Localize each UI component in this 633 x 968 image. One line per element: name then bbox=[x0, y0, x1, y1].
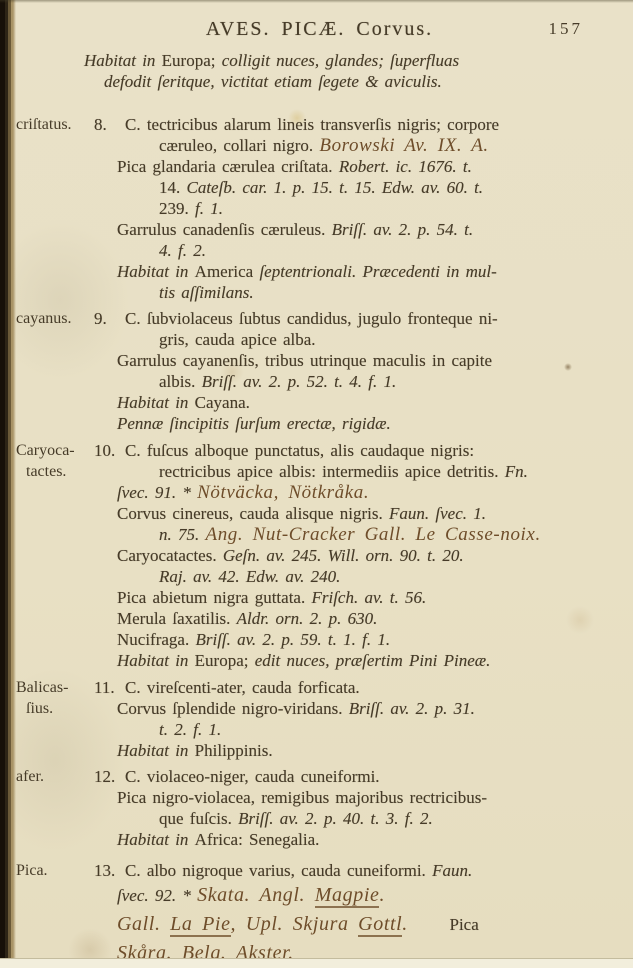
handwritten-annotation: . bbox=[379, 884, 385, 906]
text-segment: Corvus ſplendide nigro-viridans. bbox=[117, 699, 349, 718]
text-segment: Pennæ ſincipitis ſurſum erectæ, rigidæ. bbox=[117, 414, 391, 433]
species-entry-pica: Pica.13.C. albo nigroque varius, cauda c… bbox=[14, 860, 633, 968]
text-segment: Corvus cinereus, cauda alisque nigris. bbox=[117, 504, 389, 523]
text-line: 13.C. albo nigroque varius, cauda cuneif… bbox=[14, 860, 633, 881]
text-segment: Merula ſaxatilis. bbox=[117, 609, 237, 628]
text-line: Habitat in Philippinis. bbox=[14, 740, 633, 761]
text-segment: Friſch. av. t. 56. bbox=[311, 588, 426, 607]
text-segment: cæruleo, collari nigro. bbox=[159, 136, 319, 155]
text-segment: Europa; bbox=[162, 51, 222, 70]
text-segment: 11. bbox=[94, 677, 125, 698]
text-line: Garrulus cayanenſis, tribus utrinque mac… bbox=[14, 350, 633, 371]
text-line: 10.C. fuſcus alboque punctatus, alis cau… bbox=[14, 440, 633, 461]
text-line: Corvus ſplendide nigro-viridans. Briſſ. … bbox=[14, 698, 633, 719]
species-entry-afer: afer.12.C. violaceo-niger, cauda cuneifo… bbox=[14, 766, 633, 850]
text-segment: Robert. ic. 1676. t. bbox=[339, 157, 472, 176]
text-segment: Cayana. bbox=[195, 393, 250, 412]
text-segment: Briſſ. av. 2. p. 40. t. 3. f. 2. bbox=[238, 809, 433, 828]
text-segment: Habitat in bbox=[117, 741, 195, 760]
text-segment: 13. bbox=[94, 860, 125, 881]
text-segment: C. albo nigroque varius, cauda cuneiform… bbox=[125, 861, 432, 880]
handwritten-annotation: Skata. Angl. bbox=[197, 884, 315, 906]
text-line: t. 2. f. 1. bbox=[14, 719, 633, 740]
text-segment: n. 75. bbox=[159, 525, 206, 544]
text-line: Gall. La Pie, Upl. Skjura Gottl. Pica bbox=[14, 910, 633, 939]
text-line: Pica glandaria cærulea criſtata. Robert.… bbox=[14, 156, 633, 177]
text-line: Habitat in Africa: Senegalia. bbox=[14, 829, 633, 850]
handwritten-annotation: Borowski Av. IX. A. bbox=[319, 135, 488, 156]
species-entry-balicas: Balicas-ſius.11.C. vireſcenti-ater, caud… bbox=[14, 677, 633, 761]
text-segment: Faun. bbox=[432, 861, 472, 880]
handwritten-annotation: Ang. Nut-Cracker Gall. Le Casse-noix. bbox=[206, 524, 541, 545]
text-line: Pennæ ſincipitis ſurſum erectæ, rigidæ. bbox=[14, 413, 633, 434]
text-segment: Raj. av. 42. Edw. av. 240. bbox=[159, 567, 340, 586]
text-segment: Pica abietum nigra guttata. bbox=[117, 588, 311, 607]
text-line: Corvus cinereus, cauda alisque nigris. F… bbox=[14, 503, 633, 524]
text-segment: Europa; bbox=[195, 651, 255, 670]
binding-edge bbox=[0, 0, 16, 968]
text-segment: Habitat in bbox=[117, 393, 195, 412]
text-segment: Aldr. orn. 2. p. 630. bbox=[237, 609, 378, 628]
intro-line: defodit ſeritque, victitat etiam ſegete … bbox=[14, 71, 625, 92]
page-bottom-edge bbox=[0, 958, 633, 968]
text-segment: defodit ſeritque, victitat etiam ſegete … bbox=[104, 72, 442, 91]
text-line: Garrulus canadenſis cæruleus. Briſſ. av.… bbox=[14, 219, 633, 240]
text-line: gris, cauda apice alba. bbox=[14, 329, 633, 350]
text-segment: C. violaceo-niger, cauda cuneiformi. bbox=[125, 767, 380, 786]
handwritten-annotation: La Pie bbox=[170, 913, 230, 937]
text-segment: Briſſ. av. 2. p. 59. t. 1. f. 1. bbox=[195, 630, 390, 649]
text-segment: 4. f. 2. bbox=[159, 241, 206, 260]
text-segment: Pica nigro-violacea, remigibus majoribus… bbox=[117, 788, 487, 807]
text-segment: Fn. bbox=[505, 462, 528, 481]
text-segment: ſvec. 92. * bbox=[117, 886, 197, 905]
text-segment: Geſn. av. 245. Will. orn. 90. t. 20. bbox=[223, 546, 464, 565]
text-segment: Cateſb. car. 1. p. 15. t. 15. Edw. av. 6… bbox=[187, 178, 484, 197]
text-segment: 8. bbox=[94, 114, 125, 135]
text-segment: rectricibus apice albis: intermediis api… bbox=[159, 462, 505, 481]
text-line: Merula ſaxatilis. Aldr. orn. 2. p. 630. bbox=[14, 608, 633, 629]
handwritten-annotation: , Upl. Skjura bbox=[231, 913, 359, 935]
text-line: Habitat in Europa; edit nuces, præſertim… bbox=[14, 650, 633, 671]
text-segment: t. 2. f. 1. bbox=[159, 720, 221, 739]
entry-text: 11.C. vireſcenti-ater, cauda forficata.C… bbox=[14, 677, 633, 761]
text-segment: Pica glandaria cærulea criſtata. bbox=[117, 157, 339, 176]
text-line: que fuſcis. Briſſ. av. 2. p. 40. t. 3. f… bbox=[14, 808, 633, 829]
intro-paragraph: Habitat in Europa; colligit nuces, gland… bbox=[14, 50, 625, 92]
text-segment: Caryocatactes. bbox=[117, 546, 223, 565]
handwritten-annotation: Nötväcka, Nötkråka. bbox=[197, 482, 369, 503]
page-title: AVES. PICÆ. Corvus. bbox=[206, 18, 433, 40]
text-line: Pica abietum nigra guttata. Friſch. av. … bbox=[14, 587, 633, 608]
text-segment: tis aſſimilans. bbox=[159, 283, 254, 302]
text-line: Caryocatactes. Geſn. av. 245. Will. orn.… bbox=[14, 545, 633, 566]
text-segment: 239. bbox=[159, 199, 195, 218]
species-entry-cristatus: criſtatus.8.C. tectricibus alarum lineis… bbox=[14, 114, 633, 303]
text-line: Pica nigro-violacea, remigibus majoribus… bbox=[14, 787, 633, 808]
text-line: Habitat in America ſeptentrionali. Præce… bbox=[14, 261, 633, 282]
text-segment: C. vireſcenti-ater, cauda forficata. bbox=[125, 678, 360, 697]
text-segment: ſvec. 91. * bbox=[117, 483, 197, 502]
text-segment: albis. bbox=[159, 372, 202, 391]
text-line: rectricibus apice albis: intermediis api… bbox=[14, 461, 633, 482]
text-segment: colligit nuces, glandes; ſuperfluas bbox=[222, 51, 459, 70]
text-segment: f. 1. bbox=[195, 199, 223, 218]
text-segment: Faun. ſvec. 1. bbox=[389, 504, 486, 523]
text-segment: Nucifraga. bbox=[117, 630, 195, 649]
text-line: Habitat in Cayana. bbox=[14, 392, 633, 413]
entry-text: 9.C. ſubviolaceus ſubtus candidus, jugul… bbox=[14, 308, 633, 434]
species-entry-cayanus: cayanus.9.C. ſubviolaceus ſubtus candidu… bbox=[14, 308, 633, 434]
handwritten-annotation: . bbox=[402, 913, 417, 935]
book-page-scan: AVES. PICÆ. Corvus. 157 Habitat in Europ… bbox=[0, 0, 633, 968]
text-segment: gris, cauda apice alba. bbox=[159, 330, 316, 349]
text-line: Nucifraga. Briſſ. av. 2. p. 59. t. 1. f.… bbox=[14, 629, 633, 650]
text-segment: America bbox=[195, 262, 260, 281]
handwritten-annotation: Gottl bbox=[358, 913, 402, 937]
handwritten-annotation: Gall. bbox=[117, 913, 170, 935]
entry-text: 13.C. albo nigroque varius, cauda cuneif… bbox=[14, 860, 633, 968]
text-line: 12.C. violaceo-niger, cauda cuneiformi. bbox=[14, 766, 633, 787]
text-segment: 14. bbox=[159, 178, 187, 197]
text-segment: ſeptentrionali. Præcedenti in mul- bbox=[259, 262, 496, 281]
text-line: n. 75. Ang. Nut-Cracker Gall. Le Casse-n… bbox=[14, 524, 633, 545]
text-line: ſvec. 92. * Skata. Angl. Magpie. bbox=[14, 881, 633, 910]
text-segment: Habitat in bbox=[117, 651, 195, 670]
text-line: ſvec. 91. * Nötväcka, Nötkråka. bbox=[14, 482, 633, 503]
text-segment: Briſſ. av. 2. p. 54. t. bbox=[332, 220, 473, 239]
text-segment: Africa: Senegalia. bbox=[195, 830, 320, 849]
text-segment: Habitat in bbox=[117, 830, 195, 849]
text-segment: Garrulus cayanenſis, tribus utrinque mac… bbox=[117, 351, 492, 370]
text-segment: edit nuces, præſertim Pini Pineæ. bbox=[255, 651, 491, 670]
text-segment: 9. bbox=[94, 308, 125, 329]
text-segment: Briſſ. av. 2. p. 31. bbox=[349, 699, 475, 718]
text-line: 239. f. 1. bbox=[14, 198, 633, 219]
text-segment: 10. bbox=[94, 440, 125, 461]
text-line: 4. f. 2. bbox=[14, 240, 633, 261]
entry-text: 12.C. violaceo-niger, cauda cuneiformi.P… bbox=[14, 766, 633, 850]
text-segment: C. tectricibus alarum lineis transverſis… bbox=[125, 115, 499, 134]
text-segment: C. ſubviolaceus ſubtus candidus, jugulo … bbox=[125, 309, 498, 328]
text-line: 11.C. vireſcenti-ater, cauda forficata. bbox=[14, 677, 633, 698]
text-segment: C. fuſcus alboque punctatus, alis caudaq… bbox=[125, 441, 474, 460]
species-entry-caryoca: Caryoca-tactes.10.C. fuſcus alboque punc… bbox=[14, 440, 633, 671]
text-segment: Briſſ. av. 2. p. 52. t. 4. f. 1. bbox=[202, 372, 397, 391]
page-top-edge bbox=[0, 0, 633, 3]
text-line: Raj. av. 42. Edw. av. 240. bbox=[14, 566, 633, 587]
handwritten-annotation: Magpie bbox=[315, 884, 380, 908]
text-segment: Habitat in bbox=[84, 51, 162, 70]
text-line: tis aſſimilans. bbox=[14, 282, 633, 303]
text-line: 14. Cateſb. car. 1. p. 15. t. 15. Edw. a… bbox=[14, 177, 633, 198]
text-line: 8.C. tectricibus alarum lineis transverſ… bbox=[14, 114, 633, 135]
text-segment: Habitat in bbox=[117, 262, 195, 281]
text-line: 9.C. ſubviolaceus ſubtus candidus, jugul… bbox=[14, 308, 633, 329]
running-header: AVES. PICÆ. Corvus. 157 bbox=[14, 18, 625, 41]
entry-text: 8.C. tectricibus alarum lineis transverſ… bbox=[14, 114, 633, 303]
text-line: albis. Briſſ. av. 2. p. 52. t. 4. f. 1. bbox=[14, 371, 633, 392]
text-segment: 12. bbox=[94, 766, 125, 787]
text-line: cæruleo, collari nigro. Borowski Av. IX.… bbox=[14, 135, 633, 156]
text-segment: Philippinis. bbox=[195, 741, 273, 760]
text-segment: Garrulus canadenſis cæruleus. bbox=[117, 220, 332, 239]
page-number: 157 bbox=[549, 19, 584, 39]
text-segment: Pica bbox=[450, 915, 479, 934]
text-segment: que fuſcis. bbox=[159, 809, 238, 828]
intro-line: Habitat in Europa; colligit nuces, gland… bbox=[14, 50, 625, 71]
entry-text: 10.C. fuſcus alboque punctatus, alis cau… bbox=[14, 440, 633, 671]
